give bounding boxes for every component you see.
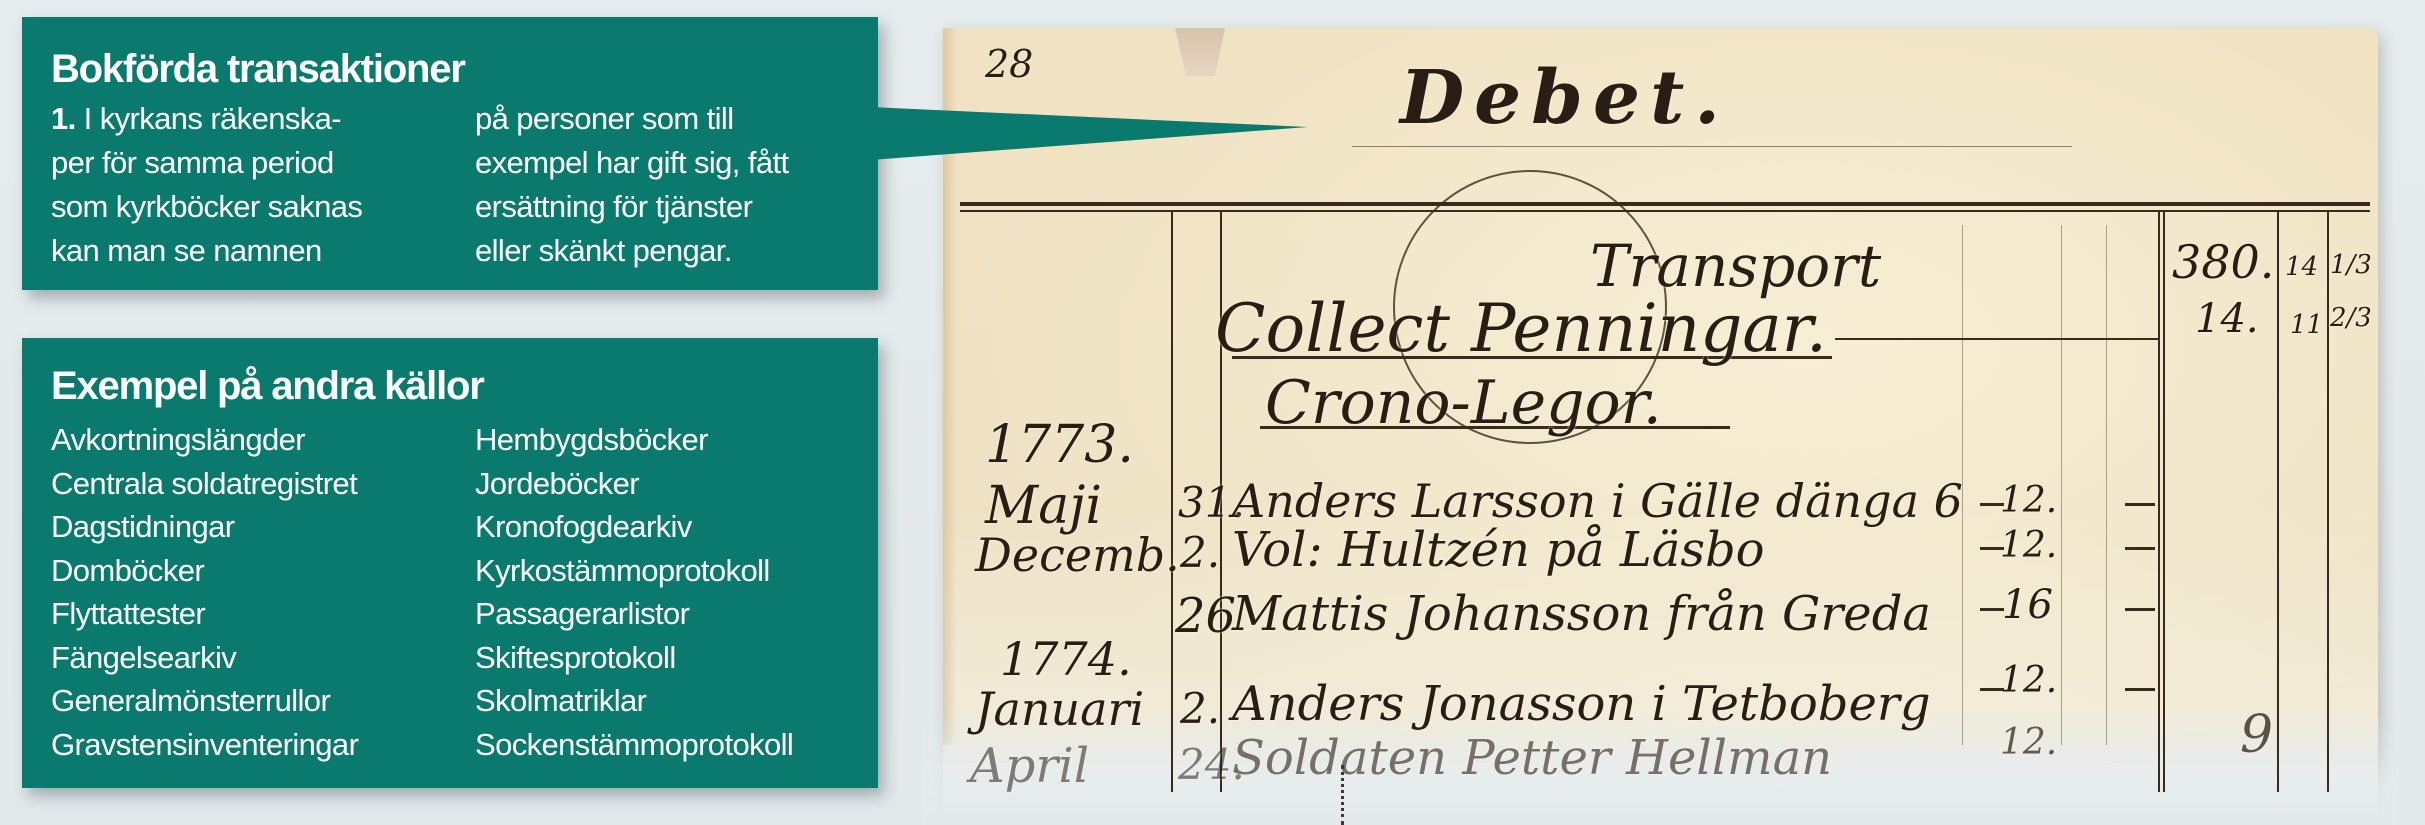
year-1774: 1774.	[1000, 632, 1132, 686]
source-item: Generalmönsterrullor	[51, 679, 358, 723]
infobox-transactions-title: Bokförda transaktioner	[51, 49, 465, 89]
source-item: Flyttattester	[51, 592, 358, 636]
source-item: Fängelsearkiv	[51, 636, 358, 680]
source-item: Sockenstämmoprotokoll	[475, 723, 793, 767]
step-number: 1.	[51, 101, 76, 136]
entry-text: Vol: Hultzén på Läsbo	[1232, 522, 1765, 578]
source-item: Passagerarlistor	[475, 592, 793, 636]
entry-day: 2.	[1180, 528, 1220, 577]
amount-collect: 14.	[2195, 296, 2259, 342]
entry-amount: 12.	[2000, 722, 2057, 763]
infobox-transactions-column-2: på personer som till exempel har gift si…	[475, 97, 875, 273]
entry-month: Januari	[975, 682, 1144, 736]
entry-month: Decemb.	[975, 528, 1180, 582]
source-item: Skiftesprotokoll	[475, 636, 793, 680]
ledger-heading: Debet.	[1400, 55, 1730, 141]
entry-month: Maji	[985, 476, 1102, 536]
infobox-transactions: Bokförda transaktioner 1. I kyrkans räke…	[22, 17, 878, 290]
entry-amount: 12.	[2000, 480, 2057, 521]
shillings-collect: 11	[2290, 310, 2323, 340]
source-item: Jordeböcker	[475, 462, 793, 506]
entry-text: Soldaten Petter Hellman	[1232, 730, 1832, 786]
source-item: Gravstensinventeringar	[51, 723, 358, 767]
source-item: Hembygdsböcker	[475, 418, 793, 462]
bottom-total: 9	[2240, 705, 2273, 765]
entry-month: April	[970, 738, 1089, 794]
source-item: Centrala soldatregistret	[51, 462, 358, 506]
entry-day: 2.	[1180, 684, 1220, 733]
sources-list-column-1: Avkortningslängder Centrala soldatregist…	[51, 418, 358, 766]
infobox-transactions-column-1: 1. I kyrkans räkenska- per för samma per…	[51, 97, 471, 273]
shillings-transport: 14	[2285, 252, 2318, 282]
source-item: Dagstidningar	[51, 505, 358, 549]
entry-amount: 16	[2002, 582, 2053, 628]
fraction-transport: 1/3	[2330, 250, 2372, 280]
dotted-leader-line	[1341, 765, 1344, 825]
source-item: Avkortningslängder	[51, 418, 358, 462]
year-1773: 1773.	[985, 415, 1134, 475]
entry-text: Anders Larsson i Gälle dänga 6	[1232, 474, 1963, 528]
fraction-collect: 2/3	[2330, 303, 2372, 333]
source-item: Domböcker	[51, 549, 358, 593]
entry-text: Mattis Johansson från Greda	[1232, 586, 1931, 642]
entry-day: 26	[1175, 588, 1236, 644]
source-item: Kronofogdearkiv	[475, 505, 793, 549]
ledger-row-crono: Crono-Legor.	[1265, 368, 1662, 438]
entry-text: Anders Jonasson i Tetboberg	[1232, 676, 1931, 732]
ledger-row-collect: Collect Penningar.	[1215, 290, 1827, 367]
entry-amount: 12.	[2000, 660, 2057, 701]
amount-transport: 380.	[2172, 235, 2274, 289]
infobox-sources-title: Exempel på andra källor	[51, 366, 484, 406]
page-number: 28	[985, 42, 1033, 86]
source-item: Skolmatriklar	[475, 679, 793, 723]
sources-list-column-2: Hembygdsböcker Jordeböcker Kronofogdeark…	[475, 418, 793, 766]
source-item: Kyrkostämmoprotokoll	[475, 549, 793, 593]
callout-pointer	[870, 100, 1330, 170]
entry-amount: 12.	[2000, 525, 2057, 566]
infobox-sources: Exempel på andra källor Avkortningslängd…	[22, 338, 878, 788]
